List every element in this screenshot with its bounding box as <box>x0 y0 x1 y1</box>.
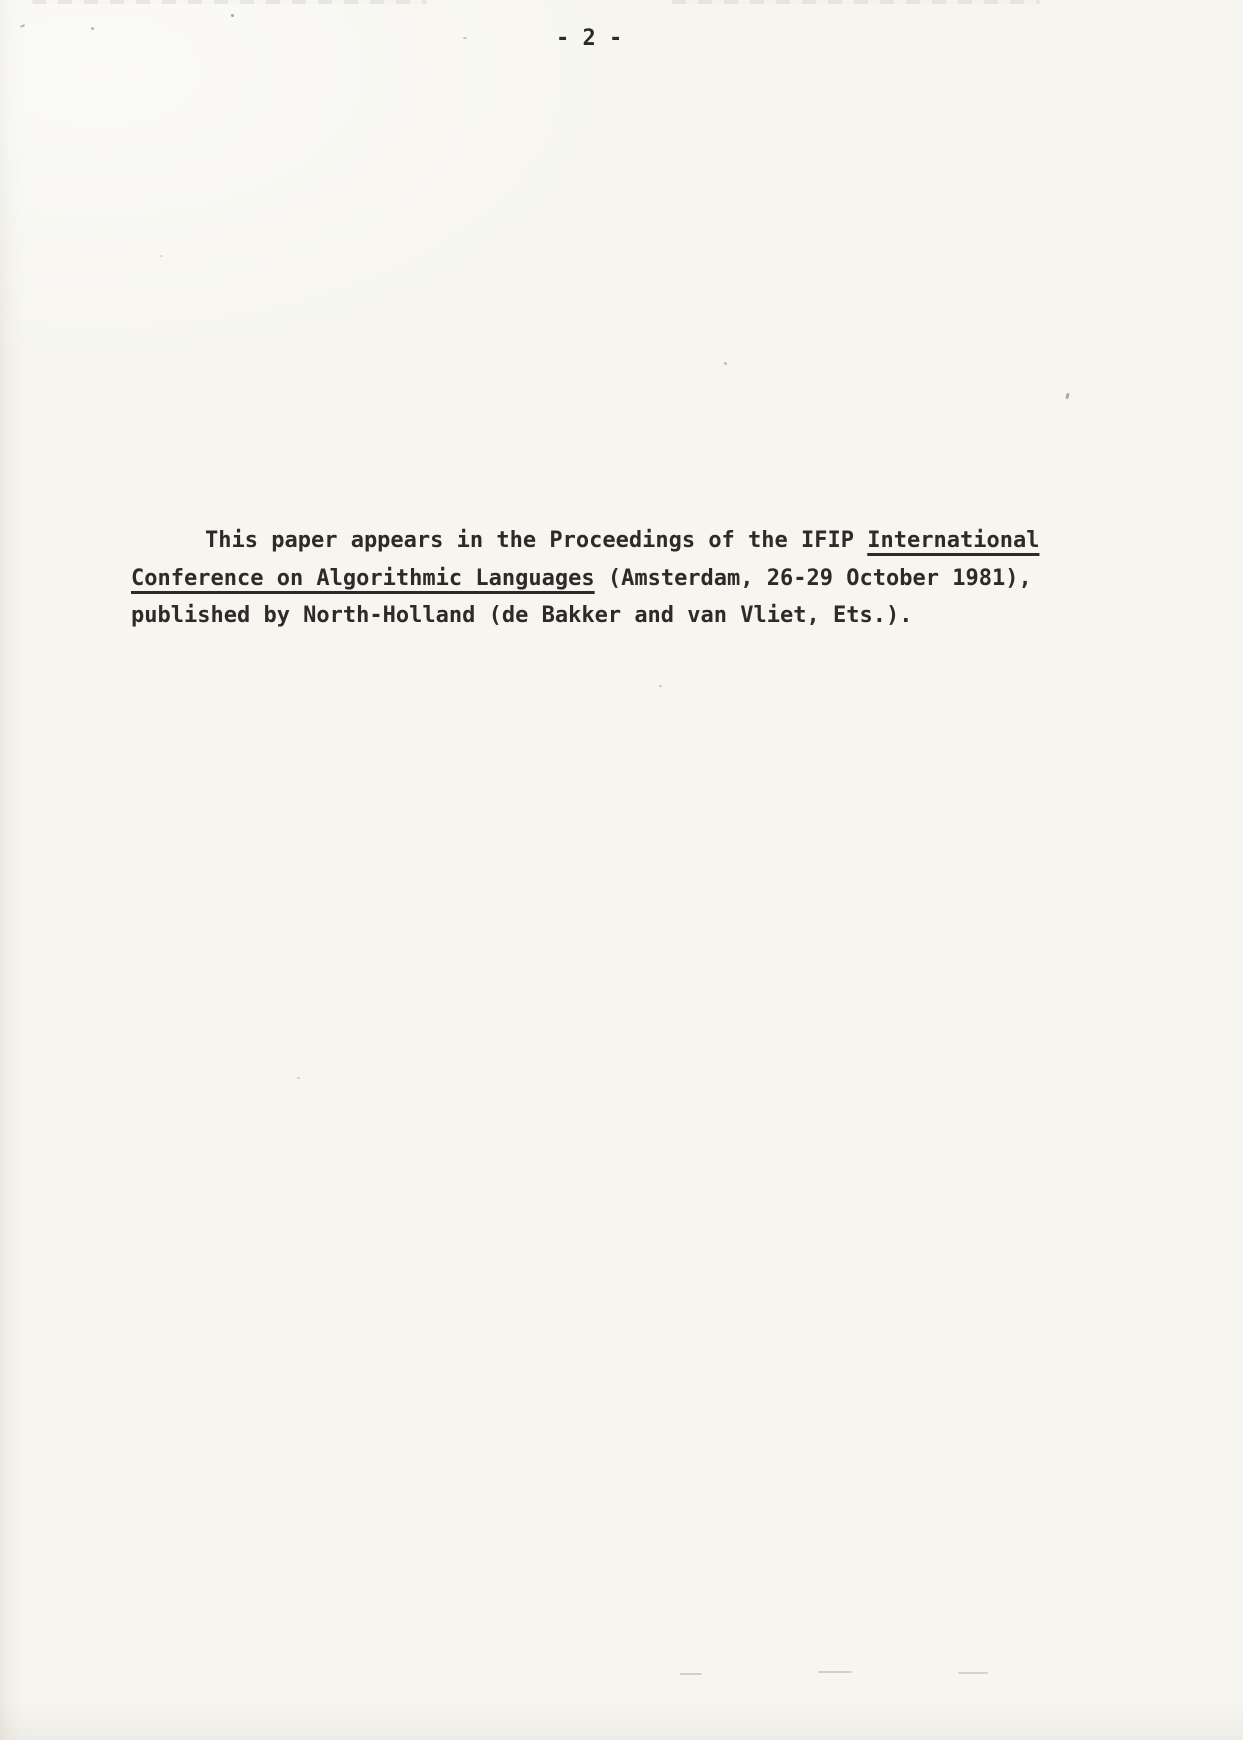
page-number: - 2 - <box>556 20 622 57</box>
paragraph-line-2: Conference on Algorithmic Languages (Ams… <box>131 560 1091 598</box>
scan-speck <box>160 255 163 257</box>
body-paragraph: This paper appears in the Proceedings of… <box>131 522 1091 635</box>
text-run: This paper appears in the Proceedings of… <box>205 528 867 553</box>
scan-speck <box>818 1671 852 1673</box>
scan-speck <box>1065 393 1069 400</box>
scan-edge-artifact <box>32 0 427 4</box>
underlined-text: Conference on Algorithmic Languages <box>131 566 595 591</box>
text-run: (Amsterdam, 26-29 October 1981), <box>595 566 1032 591</box>
scan-edge-artifact <box>672 0 1040 4</box>
scan-speck <box>659 685 662 687</box>
scan-speck <box>680 1673 702 1675</box>
scan-speck <box>958 1672 988 1674</box>
paragraph-line-1: This paper appears in the Proceedings of… <box>131 522 1091 560</box>
paragraph-line-3: published by North-Holland (de Bakker an… <box>131 597 1091 635</box>
scan-speck <box>91 27 94 30</box>
underlined-text: International <box>867 528 1039 553</box>
scan-speck <box>231 14 234 17</box>
scan-speck <box>724 362 727 365</box>
scan-speck <box>297 1077 300 1079</box>
scan-speck <box>463 37 467 39</box>
scan-speck <box>20 24 25 28</box>
document-page: - 2 - This paper appears in the Proceedi… <box>0 0 1243 1740</box>
